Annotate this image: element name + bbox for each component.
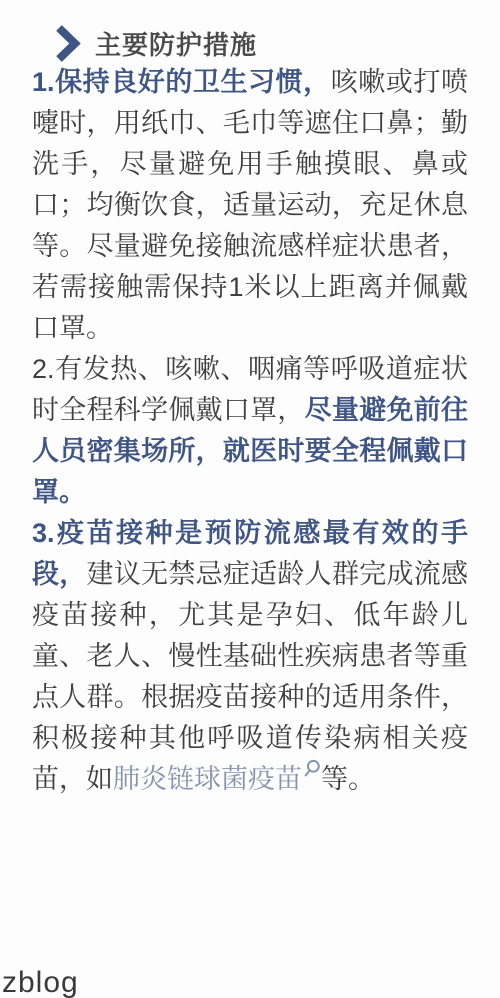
watermark: zblog bbox=[2, 966, 79, 998]
text-segment: 建议无禁忌症适龄人群完成流感疫苗接种，尤其是孕妇、低年龄儿童、老人、慢性基础性疾… bbox=[32, 559, 468, 794]
search-icon[interactable] bbox=[303, 759, 321, 778]
text-segment: 等。 bbox=[321, 764, 375, 794]
emphasis-text-segment: 1.保持良好的卫生习惯， bbox=[32, 67, 331, 97]
paragraph-3: 3.疫苗接种是预防流感最有效的手段，建议无禁忌症适龄人群完成流感疫苗接种，尤其是… bbox=[32, 513, 468, 800]
text-segment: 咳嗽或打喷嚏时，用纸巾、毛巾等遮住口鼻；勤洗手，尽量避免用手触摸眼、鼻或口；均衡… bbox=[32, 67, 468, 343]
section-title: 主要防护措施 bbox=[95, 25, 257, 62]
paragraph-2: 2.有发热、咳嗽、咽痛等呼吸道症状时全程科学佩戴口罩，尽量避免前往人员密集场所，… bbox=[32, 349, 468, 513]
article-page: 主要防护措施 1.保持良好的卫生习惯，咳嗽或打喷嚏时，用纸巾、毛巾等遮住口鼻；勤… bbox=[0, 25, 500, 800]
chevron-right-icon bbox=[54, 25, 81, 62]
paragraph-1: 1.保持良好的卫生习惯，咳嗽或打喷嚏时，用纸巾、毛巾等遮住口鼻；勤洗手，尽量避免… bbox=[32, 62, 468, 349]
entity-link[interactable]: 肺炎链球菌疫苗 bbox=[113, 764, 302, 794]
section-header: 主要防护措施 bbox=[54, 25, 500, 62]
article-body: 1.保持良好的卫生习惯，咳嗽或打喷嚏时，用纸巾、毛巾等遮住口鼻；勤洗手，尽量避免… bbox=[0, 62, 500, 800]
